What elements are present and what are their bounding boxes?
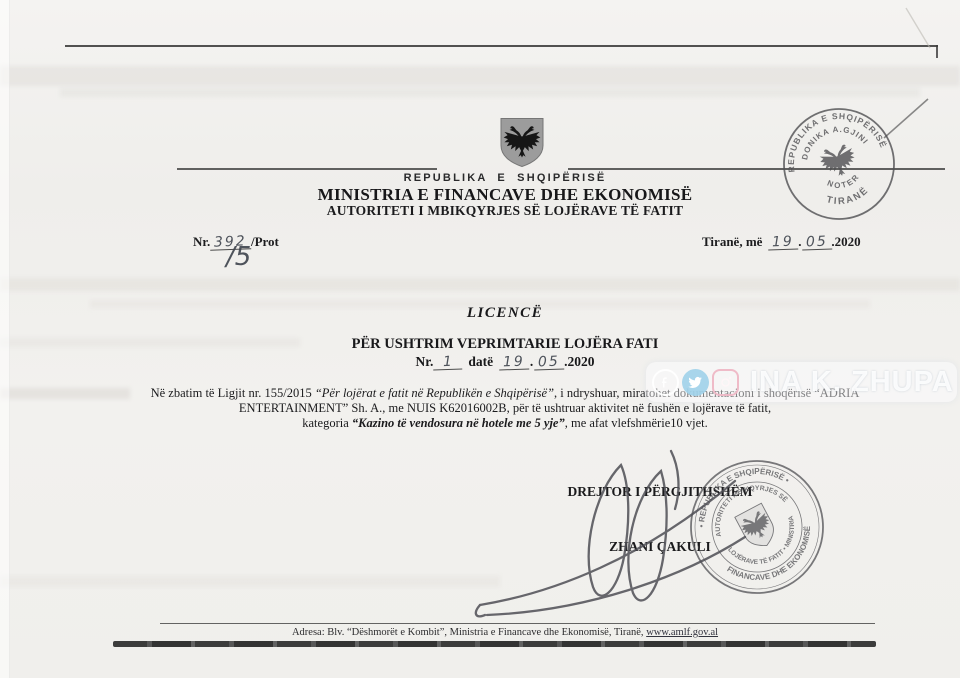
date-line: Tiranë, më19.05.2020 bbox=[702, 234, 861, 250]
scan-streak bbox=[60, 88, 920, 97]
licence-nr-label: Nr. bbox=[416, 354, 434, 369]
scan-left-edge bbox=[0, 0, 10, 678]
city-date-label: Tiranë, më bbox=[702, 234, 762, 249]
licence-date-label: datë bbox=[468, 354, 493, 369]
body-line-3: kategoria “Kazino të vendosura në hotele… bbox=[55, 416, 955, 431]
instagram-icon bbox=[712, 369, 739, 396]
scan-page-edge-top bbox=[65, 45, 938, 47]
protocol-extra-handwritten: /5 bbox=[226, 242, 251, 272]
scan-streak bbox=[0, 576, 500, 587]
facebook-icon bbox=[652, 369, 679, 396]
category-bold-italic: “Kazino të vendosura në hotele me 5 yje” bbox=[352, 416, 565, 430]
watermark: INA K. ZHUPA bbox=[646, 362, 957, 402]
scan-page-edge-corner bbox=[936, 45, 938, 58]
scan-bottom-bar bbox=[113, 641, 876, 647]
body-text: , me afat vlefshmërie10 vjet. bbox=[565, 416, 708, 430]
licence-year-label: .2020 bbox=[564, 354, 594, 369]
header-rule-left bbox=[177, 168, 437, 170]
body-line-2: ENTERTAINMENT” Sh. A., me NUIS K62016002… bbox=[55, 401, 955, 416]
notary-stamp: REPUBLIKA E SHQIPËRISË DONIKA A.GJINI NO… bbox=[779, 104, 899, 224]
scan-streak bbox=[0, 278, 960, 291]
year-label: .2020 bbox=[831, 234, 860, 249]
protocol-label: Nr. bbox=[193, 234, 210, 249]
footer-link: www.amlf.gov.al bbox=[646, 627, 718, 638]
licence-subtitle: PËR USHTRIM VEPRIMTARIE LOJËRA FATI bbox=[40, 336, 960, 353]
law-title-italic: “Për lojërat e fatit në Republikën e Shq… bbox=[315, 386, 554, 400]
fold-mark bbox=[906, 8, 930, 48]
albania-coat-of-arms bbox=[497, 116, 547, 173]
licence-day-handwritten: 19 bbox=[499, 354, 529, 370]
licence-month-handwritten: 05 bbox=[534, 354, 564, 370]
body-text: kategoria bbox=[302, 416, 352, 430]
body-text: Në zbatim të Ligjit nr. 155/2015 bbox=[151, 386, 315, 400]
address-text: Adresa: Blv. “Dëshmorët e Kombit”, Minis… bbox=[292, 627, 646, 638]
licence-title: LICENCË bbox=[40, 305, 960, 322]
handwritten-month: 05 bbox=[801, 234, 831, 250]
footer-address: Adresa: Blv. “Dëshmorët e Kombit”, Minis… bbox=[40, 627, 960, 638]
licence-nr-handwritten: 1 bbox=[433, 354, 462, 370]
twitter-icon bbox=[682, 369, 709, 396]
watermark-text: INA K. ZHUPA bbox=[750, 366, 954, 399]
signature bbox=[435, 443, 765, 628]
prot-label: /Prot bbox=[251, 234, 279, 249]
scanned-license-document: REPUBLIKA E SHQIPËRISË MINISTRIA E FINAN… bbox=[0, 0, 960, 678]
body-text: ENTERTAINMENT” Sh. A., me NUIS K62016002… bbox=[239, 401, 771, 415]
scan-streak bbox=[0, 66, 960, 86]
handwritten-day: 19 bbox=[768, 234, 798, 250]
